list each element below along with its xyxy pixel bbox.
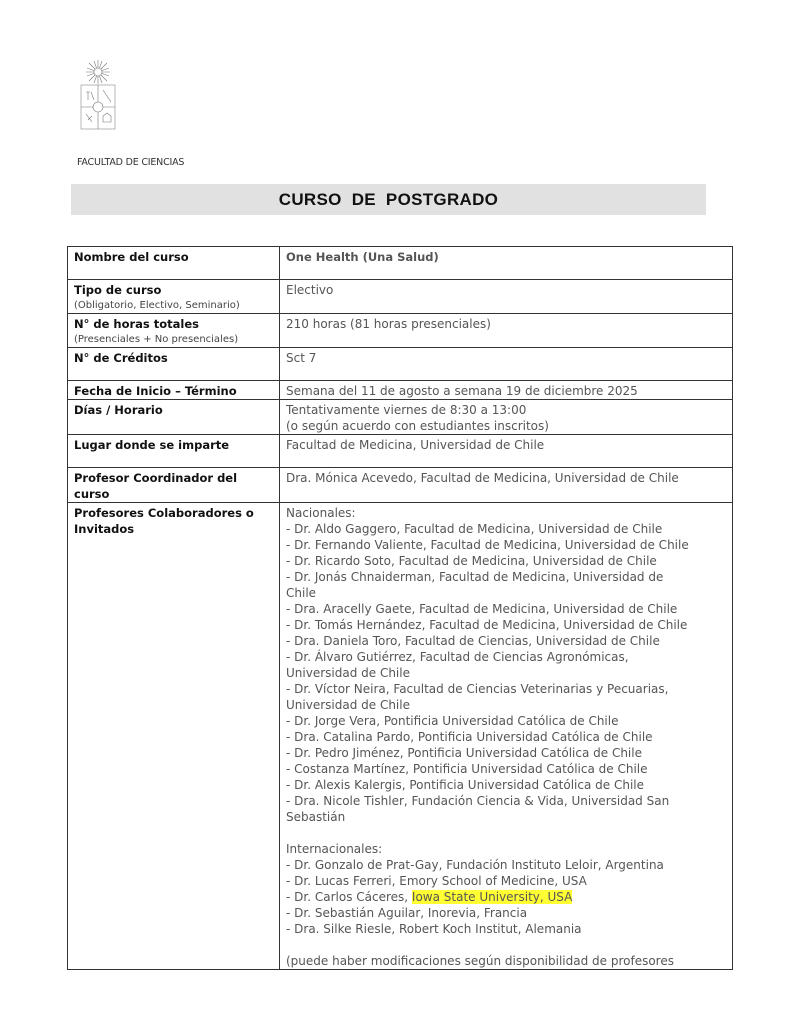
- table-row: Nombre del cursoOne Health (Una Salud): [68, 247, 733, 280]
- note-text: (puede haber modificaciones según dispon…: [286, 953, 726, 969]
- table-row: Días / HorarioTentativamente viernes de …: [68, 400, 733, 435]
- collaborator-item: - Dr. Víctor Neira, Facultad de Ciencias…: [286, 681, 726, 697]
- row-value: Facultad de Medicina, Universidad de Chi…: [280, 435, 733, 468]
- collaborator-item: - Dr. Carlos Cáceres, Iowa State Univers…: [286, 889, 726, 905]
- row-value: Electivo: [280, 280, 733, 314]
- row-label-hint: (Presenciales + No presenciales): [74, 332, 273, 347]
- course-info-table: Nombre del cursoOne Health (Una Salud)Ti…: [67, 246, 733, 970]
- highlighted-text: Iowa State University, USA: [412, 890, 572, 904]
- value-line: 210 horas (81 horas presenciales): [286, 316, 726, 332]
- collaborator-item: Chile: [286, 585, 726, 601]
- value-line: Dra. Mónica Acevedo, Facultad de Medicin…: [286, 470, 726, 486]
- value-line: One Health (Una Salud): [286, 249, 726, 265]
- value-line: Sct 7: [286, 350, 726, 366]
- collaborator-item: - Dr. Tomás Hernández, Facultad de Medic…: [286, 617, 726, 633]
- faculty-name: FACULTAD DE CIENCIAS: [77, 157, 184, 168]
- row-label-text: Profesor Coordinador del curso: [74, 471, 237, 501]
- row-label-text: N° de horas totales: [74, 317, 199, 331]
- collaborator-item: - Dra. Daniela Toro, Facultad de Ciencia…: [286, 633, 726, 649]
- collaborator-item: - Dr. Jorge Vera, Pontificia Universidad…: [286, 713, 726, 729]
- collaborator-item: - Dr. Jonás Chnaiderman, Facultad de Med…: [286, 569, 726, 585]
- collaborator-item: - Dra. Aracelly Gaete, Facultad de Medic…: [286, 601, 726, 617]
- collaborator-item: - Dr. Ricardo Soto, Facultad de Medicina…: [286, 553, 726, 569]
- row-value: Semana del 11 de agosto a semana 19 de d…: [280, 381, 733, 400]
- row-label-text: Días / Horario: [74, 403, 163, 417]
- row-label-text: Lugar donde se imparte: [74, 438, 229, 452]
- collaborator-item: - Dra. Catalina Pardo, Pontificia Univer…: [286, 729, 726, 745]
- row-value: Nacionales:- Dr. Aldo Gaggero, Facultad …: [280, 503, 733, 970]
- row-label-hint: (Obligatorio, Electivo, Seminario): [74, 298, 273, 313]
- row-value: 210 horas (81 horas presenciales): [280, 314, 733, 348]
- row-label: Profesores Colaboradores o Invitados: [68, 503, 280, 970]
- spacer: [286, 825, 726, 841]
- row-value: Dra. Mónica Acevedo, Facultad de Medicin…: [280, 468, 733, 503]
- collaborator-item: - Dr. Alexis Kalergis, Pontificia Univer…: [286, 777, 726, 793]
- row-label: Tipo de curso(Obligatorio, Electivo, Sem…: [68, 280, 280, 314]
- value-line: Tentativamente viernes de 8:30 a 13:00: [286, 402, 726, 418]
- row-label: Fecha de Inicio – Término: [68, 381, 280, 400]
- document-title-bar: CURSO DE POSTGRADO: [71, 184, 706, 215]
- table-row: Profesor Coordinador del cursoDra. Mónic…: [68, 468, 733, 503]
- table-row: N° de CréditosSct 7: [68, 348, 733, 381]
- collaborator-item: Universidad de Chile: [286, 665, 726, 681]
- row-label: N° de horas totales(Presenciales + No pr…: [68, 314, 280, 348]
- collaborator-item: - Dr. Gonzalo de Prat-Gay, Fundación Ins…: [286, 857, 726, 873]
- collaborator-item: - Costanza Martínez, Pontificia Universi…: [286, 761, 726, 777]
- collaborator-item: - Dra. Silke Riesle, Robert Koch Institu…: [286, 921, 726, 937]
- collaborator-item: - Dra. Nicole Tishler, Fundación Ciencia…: [286, 793, 726, 809]
- collaborator-item: - Dr. Álvaro Gutiérrez, Facultad de Cien…: [286, 649, 726, 665]
- table-row: Lugar donde se imparteFacultad de Medici…: [68, 435, 733, 468]
- row-label: Días / Horario: [68, 400, 280, 435]
- collaborator-item: Universidad de Chile: [286, 697, 726, 713]
- internacionales-heading: Internacionales:: [286, 841, 726, 857]
- row-label: Profesor Coordinador del curso: [68, 468, 280, 503]
- value-line: Electivo: [286, 282, 726, 298]
- row-label-text: N° de Créditos: [74, 351, 168, 365]
- row-label: N° de Créditos: [68, 348, 280, 381]
- row-label: Nombre del curso: [68, 247, 280, 280]
- collaborator-item: - Dr. Aldo Gaggero, Facultad de Medicina…: [286, 521, 726, 537]
- spacer: [286, 937, 726, 953]
- row-label-text: Fecha de Inicio – Término: [74, 384, 237, 398]
- value-line: Semana del 11 de agosto a semana 19 de d…: [286, 383, 726, 399]
- row-value: Tentativamente viernes de 8:30 a 13:00(o…: [280, 400, 733, 435]
- row-value: One Health (Una Salud): [280, 247, 733, 280]
- collaborator-item: - Dr. Lucas Ferreri, Emory School of Med…: [286, 873, 726, 889]
- nacionales-heading: Nacionales:: [286, 505, 726, 521]
- collaborator-item: - Dr. Pedro Jiménez, Pontificia Universi…: [286, 745, 726, 761]
- document-title: CURSO DE POSTGRADO: [279, 190, 498, 210]
- collaborator-item: - Dr. Fernando Valiente, Facultad de Med…: [286, 537, 726, 553]
- value-line: (o según acuerdo con estudiantes inscrit…: [286, 418, 726, 434]
- table-row: N° de horas totales(Presenciales + No pr…: [68, 314, 733, 348]
- collaborator-item: - Dr. Sebastián Aguilar, Inorevia, Franc…: [286, 905, 726, 921]
- row-label-text: Nombre del curso: [74, 250, 189, 264]
- row-label-text: Tipo de curso: [74, 283, 161, 297]
- row-value: Sct 7: [280, 348, 733, 381]
- row-label: Lugar donde se imparte: [68, 435, 280, 468]
- table-row: Fecha de Inicio – TérminoSemana del 11 d…: [68, 381, 733, 400]
- table-row: Profesores Colaboradores o InvitadosNaci…: [68, 503, 733, 970]
- value-line: Facultad de Medicina, Universidad de Chi…: [286, 437, 726, 453]
- university-crest-icon: [78, 54, 118, 134]
- collaborator-item: Sebastián: [286, 809, 726, 825]
- table-row: Tipo de curso(Obligatorio, Electivo, Sem…: [68, 280, 733, 314]
